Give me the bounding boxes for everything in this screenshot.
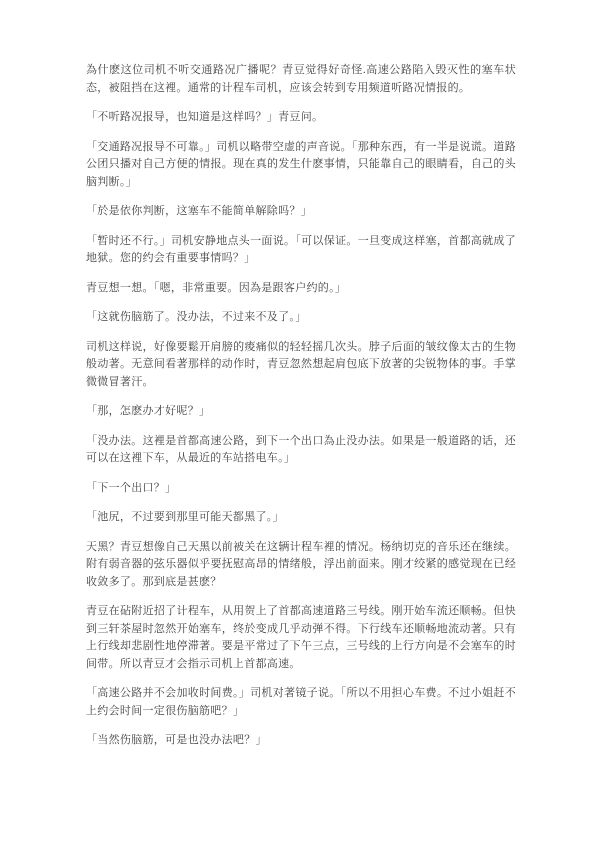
book-page: 為什麽这位司机不听交通路况广播呢？青豆觉得好奇怪.高速公路陷入毁灭性的塞车状态，…: [0, 0, 600, 849]
paragraph: 「交通路况报导不可靠。」司机以略带空虚的声音说。「那种东西，有一半是说谎。道路公…: [86, 139, 516, 192]
paragraph: 「没办法。这裡是首都高速公路，到下一个出口為止没办法。如果是一般道路的话，还可以…: [86, 433, 516, 468]
paragraph: 青豆在砧附近招了计程车，从用贺上了首都高速道路三号线。刚开始车流还顺畅。但快到三…: [86, 603, 516, 673]
paragraph: 司机这样说，好像要鬆开肩膀的痠痛似的轻轻摇几次头。脖子后面的皱纹像太古的生物般动…: [86, 339, 516, 392]
paragraph: 青豆想一想。「嗯，非常重要。因為是跟客户约的。」: [86, 280, 516, 298]
paragraph: 「这就伤脑筋了。没办法，不过来不及了。」: [86, 309, 516, 327]
paragraph: 「池尻，不过要到那里可能天都黑了。」: [86, 509, 516, 527]
paragraph: 「於是依你判断，这塞车不能简单解除吗？」: [86, 203, 516, 221]
paragraph: 「当然伤脑筋，可是也没办法吧？」: [86, 732, 516, 750]
paragraph: 「暂时还不行。」司机安静地点头一面说。「可以保证。一旦变成这样塞，首都高就成了地…: [86, 233, 516, 268]
paragraph: 天黑？青豆想像自己天黑以前被关在这辆计程车裡的情况。杨纳切克的音乐还在继续。附有…: [86, 539, 516, 592]
paragraph: 「下一个出口？」: [86, 480, 516, 498]
paragraph: 「高速公路并不会加收时间费。」司机对著镜子说。「所以不用担心车费。不过小姐赶不上…: [86, 685, 516, 720]
paragraph: 「那，怎麽办才好呢？」: [86, 403, 516, 421]
body-text: 為什麽这位司机不听交通路况广播呢？青豆觉得好奇怪.高速公路陷入毁灭性的塞车状态，…: [86, 62, 516, 762]
paragraph: 「不听路况报导，也知道是这样吗？」青豆问。: [86, 109, 516, 127]
paragraph: 為什麽这位司机不听交通路况广播呢？青豆觉得好奇怪.高速公路陷入毁灭性的塞车状态，…: [86, 62, 516, 97]
